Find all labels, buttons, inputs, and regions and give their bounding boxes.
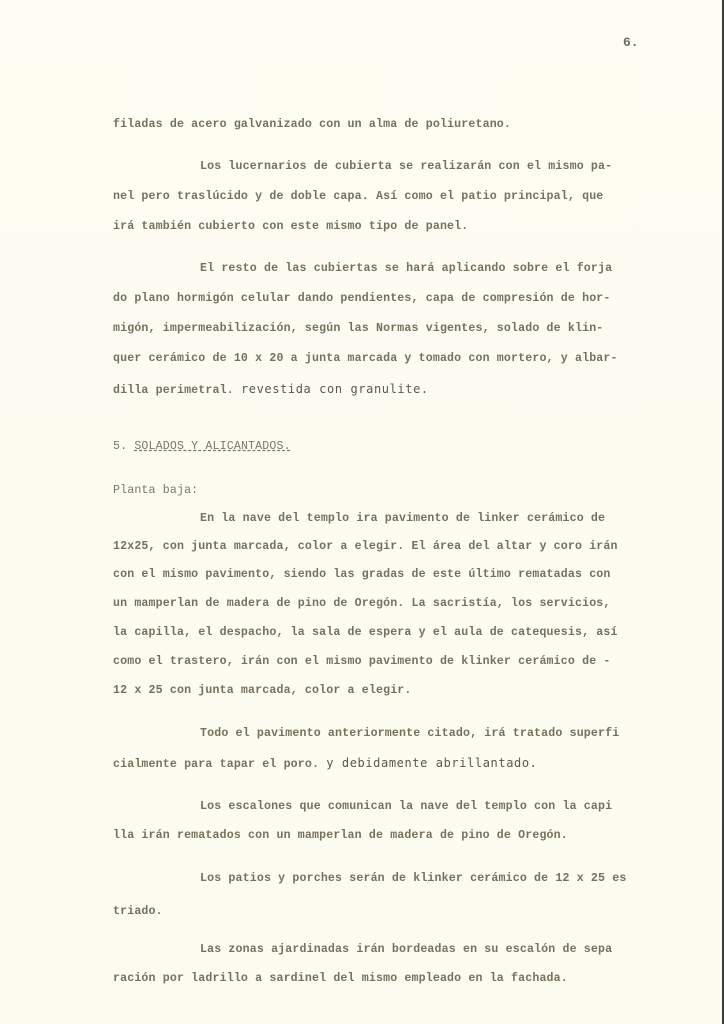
section-number: 5. — [113, 440, 127, 453]
text-line: con el mismo pavimento, siendo las grada… — [113, 568, 611, 581]
text-line: irá también cubierto con este mismo tipo… — [113, 220, 468, 233]
document-page: 6. filadas de acero galvanizado con un a… — [0, 0, 722, 1024]
text-line: Los lucernarios de cubierta se realizará… — [200, 160, 612, 173]
subsection-label: Planta baja: — [113, 484, 198, 497]
text-line: ración por ladrillo a sardinel del mismo… — [113, 972, 568, 985]
text-line: lla irán rematados con un mamperlan de m… — [113, 829, 568, 842]
page-number: 6. — [623, 35, 639, 50]
text-line: triado. — [113, 905, 163, 918]
text-line: Todo el pavimento anteriormente citado, … — [200, 727, 619, 740]
text-line: un mamperlan de madera de pino de Oregón… — [113, 597, 611, 610]
text-line: do plano hormigón celular dando pendient… — [113, 292, 611, 305]
text-line: como el trastero, irán con el mismo pavi… — [113, 655, 611, 668]
text-line: El resto de las cubiertas se hará aplica… — [200, 262, 612, 275]
text-line: quer cerámico de 10 x 20 a junta marcada… — [113, 352, 618, 365]
text-line: la capilla, el despacho, la sala de espe… — [113, 626, 618, 639]
section-heading: 5. SOLADOS Y ALICANTADOS. — [113, 440, 291, 453]
text-line: En la nave del templo ira pavimento de l… — [200, 512, 605, 525]
text-line-typed: dilla perimetral. — [113, 384, 234, 397]
section-title: SOLADOS Y ALICANTADOS. — [134, 440, 290, 453]
text-line: migón, impermeabilización, según las Nor… — [113, 322, 603, 335]
text-line: 12 x 25 con junta marcada, color a elegi… — [113, 684, 412, 697]
text-line: Los patios y porches serán de klinker ce… — [200, 872, 626, 885]
text-line: cialmente para tapar el poro. y debidame… — [113, 756, 538, 771]
text-line: filadas de acero galvanizado con un alma… — [113, 118, 511, 131]
text-line: Los escalones que comunican la nave del … — [200, 800, 612, 813]
added-text: y debidamente abrillantado. — [326, 756, 537, 770]
text-line: 12x25, con junta marcada, color a elegir… — [113, 540, 618, 553]
text-line: nel pero traslúcido y de doble capa. Así… — [113, 190, 603, 203]
text-line: Las zonas ajardinadas irán bordeadas en … — [200, 943, 612, 956]
text-line: dilla perimetral. revestida con granulit… — [113, 382, 429, 397]
text-line-typed: cialmente para tapar el poro. — [113, 758, 319, 771]
added-text: revestida con granulite. — [241, 382, 429, 396]
